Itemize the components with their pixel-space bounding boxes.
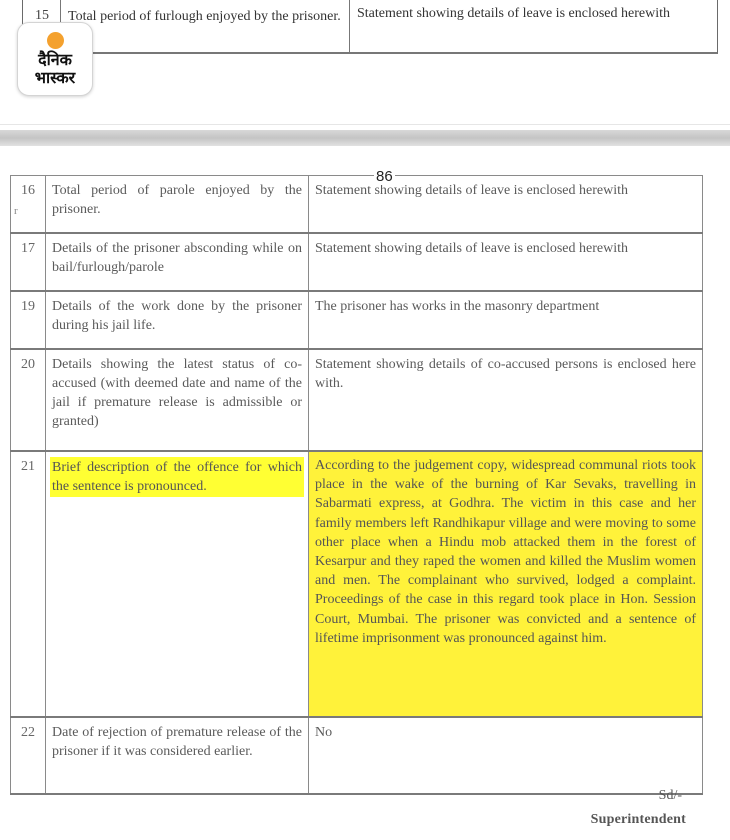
row-answer: No [309,717,703,794]
prisoner-details-table: 16 Total period of parole enjoyed by the… [10,175,703,795]
logo-line-1: दैनिक [18,51,92,69]
row-question: Date of rejection of premature release o… [46,717,309,794]
signature-sd: Sd/- [659,788,682,804]
row-number: 16 [11,176,46,234]
signature-title: Superintendent [591,812,686,828]
row-number: 17 [11,233,46,291]
table-row: 20 Details showing the latest status of … [11,349,703,451]
row-number: 19 [11,291,46,349]
row-answer: Statement showing details of leave is en… [357,6,717,22]
row-number: 21 [11,451,46,717]
table-row: 22 Date of rejection of premature releas… [11,717,703,794]
page-number: 86 [374,168,395,185]
table-row: 21 Brief description of the offence for … [11,451,703,717]
divider [0,124,730,125]
row-question: Total period of parole enjoyed by the pr… [46,176,309,234]
row-answer: Statement showing details of leave is en… [309,233,703,291]
row-number: 20 [11,349,46,451]
table-row: 17 Details of the prisoner absconding wh… [11,233,703,291]
row-question: Details of the prisoner absconding while… [46,233,309,291]
row-question-cell: Brief description of the offence for whi… [46,451,309,717]
page-separator [0,130,730,146]
highlighted-question: Brief description of the offence for whi… [50,457,304,497]
highlighted-answer: According to the judgement copy, widespr… [309,451,703,717]
dainik-bhaskar-logo: दैनिक भास्कर [17,22,93,96]
row-question: Total period of furlough enjoyed by the … [68,6,353,28]
row-question: Details showing the latest status of co-… [46,349,309,451]
row-answer: The prisoner has works in the masonry de… [309,291,703,349]
logo-line-2: भास्कर [18,69,92,87]
row-number: 22 [11,717,46,794]
previous-page-fragment: 15 Total period of furlough enjoyed by t… [0,0,730,130]
row-answer: Statement showing details of co-accused … [309,349,703,451]
previous-page-table: 15 Total period of furlough enjoyed by t… [22,0,718,54]
row-answer: Statement showing details of leave is en… [309,176,703,234]
table-row: 16 Total period of parole enjoyed by the… [11,176,703,234]
row-question: Details of the work done by the prisoner… [46,291,309,349]
sun-icon [47,32,64,49]
table-row: 19 Details of the work done by the priso… [11,291,703,349]
